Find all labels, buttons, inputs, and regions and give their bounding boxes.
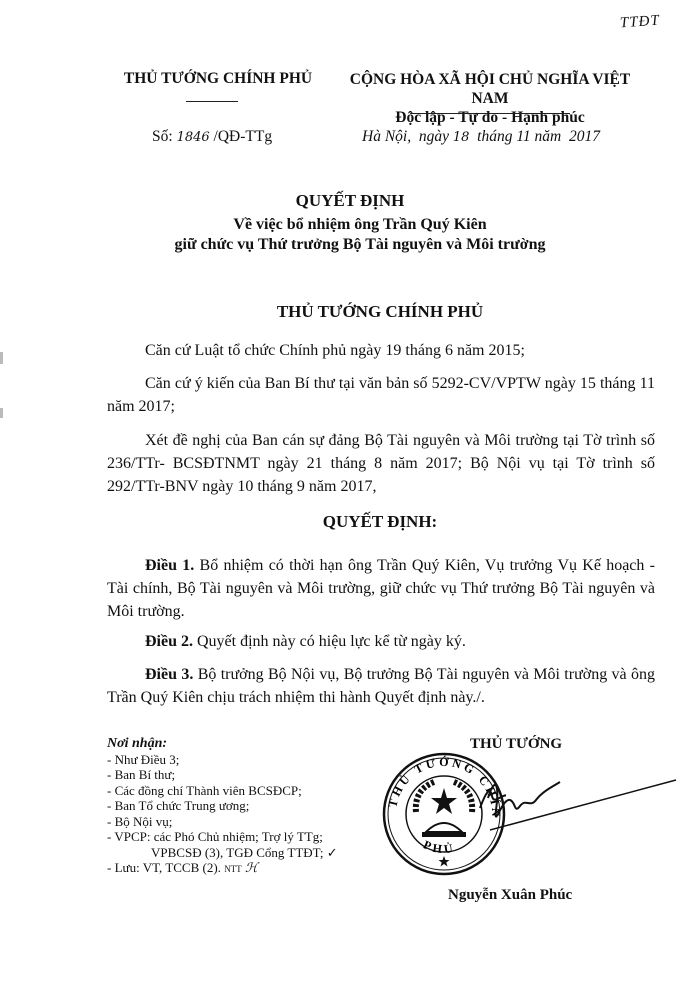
article-1: Điều 1. Bổ nhiệm có thời hạn ông Trần Qu… bbox=[107, 554, 655, 623]
issuer-title: THỦ TƯỚNG CHÍNH PHỦ bbox=[0, 302, 700, 322]
scan-edge-mark bbox=[0, 352, 3, 364]
issue-date: Hà Nội, ngày 18 tháng 11 năm 2017 bbox=[362, 128, 600, 146]
article-3: Điều 3. Bộ trưởng Bộ Nội vụ, Bộ trưởng B… bbox=[107, 663, 655, 709]
recipient: - Ban Bí thư; bbox=[107, 767, 367, 783]
preamble-item: Căn cứ Luật tổ chức Chính phủ ngày 19 th… bbox=[107, 339, 655, 362]
issuer-header-underline bbox=[186, 101, 238, 102]
issuer-header: THỦ TƯỚNG CHÍNH PHỦ bbox=[112, 70, 324, 88]
recipients-list: Nơi nhận: - Như Điều 3; - Ban Bí thư; - … bbox=[107, 736, 367, 878]
motto-underline bbox=[410, 113, 570, 114]
nation-header: CỘNG HÒA XÃ HỘI CHỦ NGHĨA VIỆT NAM Độc l… bbox=[330, 70, 650, 127]
signature-icon bbox=[480, 770, 680, 890]
initials-scribble-icon: ℋ bbox=[245, 860, 258, 875]
signer-name: Nguyễn Xuân Phúc bbox=[448, 887, 572, 904]
document-title: QUYẾT ĐỊNH bbox=[0, 191, 700, 211]
motto: Độc lập - Tự do - Hạnh phúc bbox=[330, 108, 650, 127]
preamble-item: Xét đề nghị của Ban cán sự đảng Bộ Tài n… bbox=[107, 429, 655, 498]
nation-name: CỘNG HÒA XÃ HỘI CHỦ NGHĨA VIỆT NAM bbox=[330, 70, 650, 108]
recipient: - Như Điều 3; bbox=[107, 752, 367, 768]
decision-heading: QUYẾT ĐỊNH: bbox=[0, 512, 700, 532]
recipients-title: Nơi nhận: bbox=[107, 736, 367, 752]
scan-edge-mark bbox=[0, 408, 3, 418]
recipient: - Ban Tổ chức Trung ương; bbox=[107, 798, 367, 814]
article-2: Điều 2. Quyết định này có hiệu lực kể từ… bbox=[107, 630, 655, 653]
check-mark-icon: ✓ bbox=[327, 845, 338, 860]
recipient: - VPCP: các Phó Chủ nhiệm; Trợ lý TTg; bbox=[107, 829, 367, 845]
recipient: VPBCSĐ (3), TGĐ Cổng TTĐT; ✓ bbox=[107, 845, 367, 861]
signature-title: THỦ TƯỚNG bbox=[470, 736, 562, 753]
handwritten-day: 18 bbox=[453, 130, 470, 145]
document-subtitle: Về việc bổ nhiệm ông Trần Quý Kiên giữ c… bbox=[0, 215, 700, 255]
preamble-item: Căn cứ ý kiến của Ban Bí thư tại văn bản… bbox=[107, 372, 655, 418]
recipient: - Lưu: VT, TCCB (2). NTT ℋ bbox=[107, 860, 367, 878]
handwritten-number: 1846 bbox=[177, 130, 210, 145]
recipient: - Bộ Nội vụ; bbox=[107, 814, 367, 830]
document-number: Số: 1846 /QĐ-TTg bbox=[152, 128, 272, 146]
corner-annotation: TTĐT bbox=[619, 13, 660, 33]
recipient: - Các đồng chí Thành viên BCSĐCP; bbox=[107, 783, 367, 799]
svg-text:PHỦ: PHỦ bbox=[421, 837, 456, 856]
